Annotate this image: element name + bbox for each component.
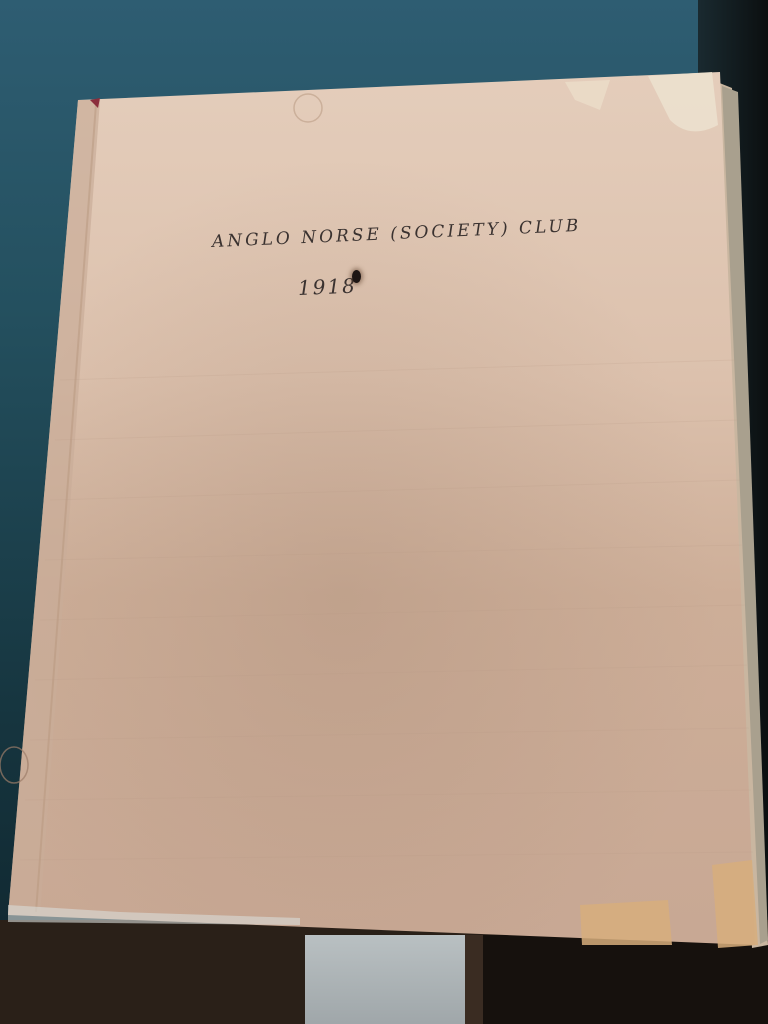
cover-year-handwritten: 1918 (297, 273, 357, 300)
paper-folder-cover: ANGLO NORSE (SOCIETY) CLUB 1918 (0, 0, 768, 1024)
photo-scene: ANGLO NORSE (SOCIETY) CLUB 1918 (0, 0, 768, 1024)
folder-shape (0, 0, 768, 1024)
ink-blot (352, 270, 361, 283)
